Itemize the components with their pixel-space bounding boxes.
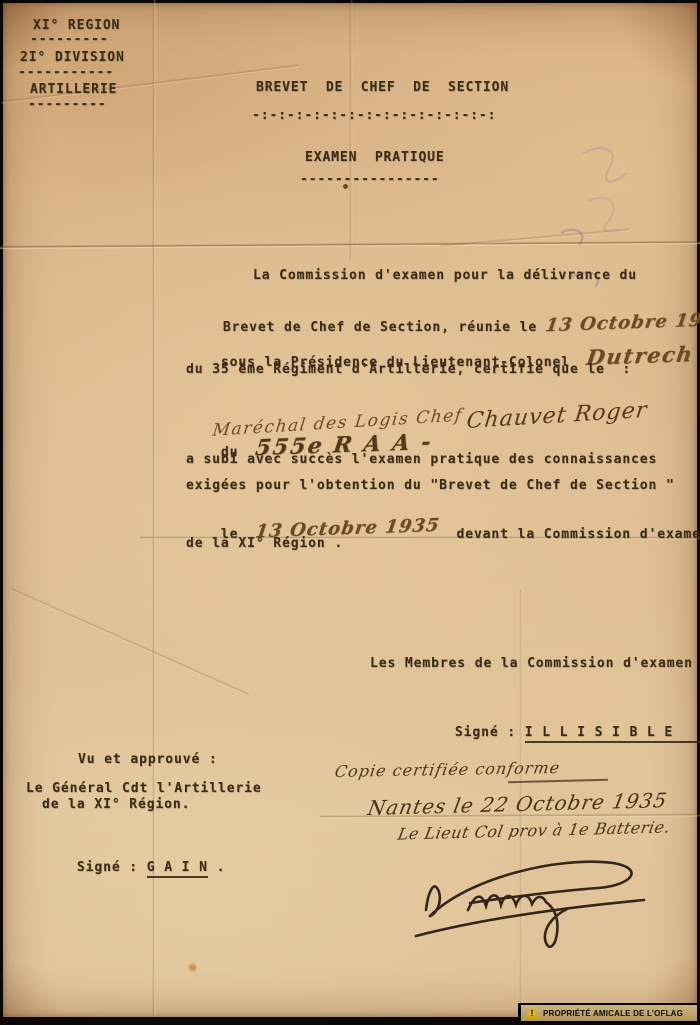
commission-members-line: Les Membres de la Commission d'examen: [370, 656, 693, 671]
header-rule: -----------: [18, 65, 114, 80]
header-arm: ARTILLERIE: [30, 82, 117, 97]
body-line: a subi avec succès l'examen pratique des…: [186, 452, 657, 467]
subtitle-rule: ----------------: [300, 172, 440, 187]
body-line: sous la Présidence du Lieutenant-Colonel…: [186, 331, 694, 386]
body-line: du 555e R A A -: [186, 421, 432, 477]
watermark-badge: ! PROPRIÉTÉ AMICALE DE L'OFLAG: [518, 1003, 700, 1023]
title-separator: -:-:-:-:-:-:-:-:-:-:-:-:-:-:: [252, 108, 496, 123]
document-subtitle: EXAMEN PRATIQUE: [305, 150, 445, 165]
warning-triangle-icon: !: [525, 1007, 539, 1019]
signed-label: Signé :: [77, 860, 147, 875]
approval-vu-line: Vu et approuvé :: [78, 752, 218, 767]
commission-signed-line: Signé : I L L I S I B L E: [420, 710, 700, 755]
signed-suffix: .: [208, 860, 225, 875]
header-rule: ---------: [28, 97, 107, 112]
watermark-inner: ! PROPRIÉTÉ AMICALE DE L'OFLAG: [521, 1005, 697, 1021]
signed-label: Signé :: [455, 725, 525, 740]
approval-general-line2: de la XI° Région.: [42, 797, 190, 812]
document-scan: XI° REGION --------- 2I° DIVISION ------…: [0, 0, 700, 1025]
certification-line1: Copie certifiée conforme: [334, 758, 562, 781]
signed-name-gain: G A I N: [147, 860, 208, 878]
document-title: BREVET DE CHEF DE SECTION: [256, 80, 509, 95]
handwritten-signature: [408, 848, 670, 948]
body-line: exigées pour l'obtention du "Brevet de C…: [186, 478, 675, 493]
header-rule: ---------: [30, 32, 109, 47]
approval-signed-line: Signé : G A I N .: [42, 845, 225, 890]
handwritten-name: Chauvet Roger: [466, 398, 650, 434]
watermark-text: PROPRIÉTÉ AMICALE DE L'OFLAG: [543, 1008, 683, 1018]
body-line: du 35 ème Régiment d'Artillerie, certifi…: [186, 362, 631, 377]
body-line: de la XI° Région .: [186, 536, 343, 551]
stain-spot: [188, 963, 197, 972]
header-division: 2I° DIVISION: [20, 50, 125, 65]
body-typed-text: devant la Commission d'examen: [457, 527, 700, 542]
fold-crease: [349, 0, 353, 260]
approval-general-line1: Le Général Cdt l'Artillerie: [26, 781, 262, 796]
header-region: XI° REGION: [33, 18, 120, 33]
body-line: La Commission d'examen pour la délivranc…: [253, 268, 637, 283]
signed-name-illisible: I L L I S I B L E: [525, 725, 700, 743]
